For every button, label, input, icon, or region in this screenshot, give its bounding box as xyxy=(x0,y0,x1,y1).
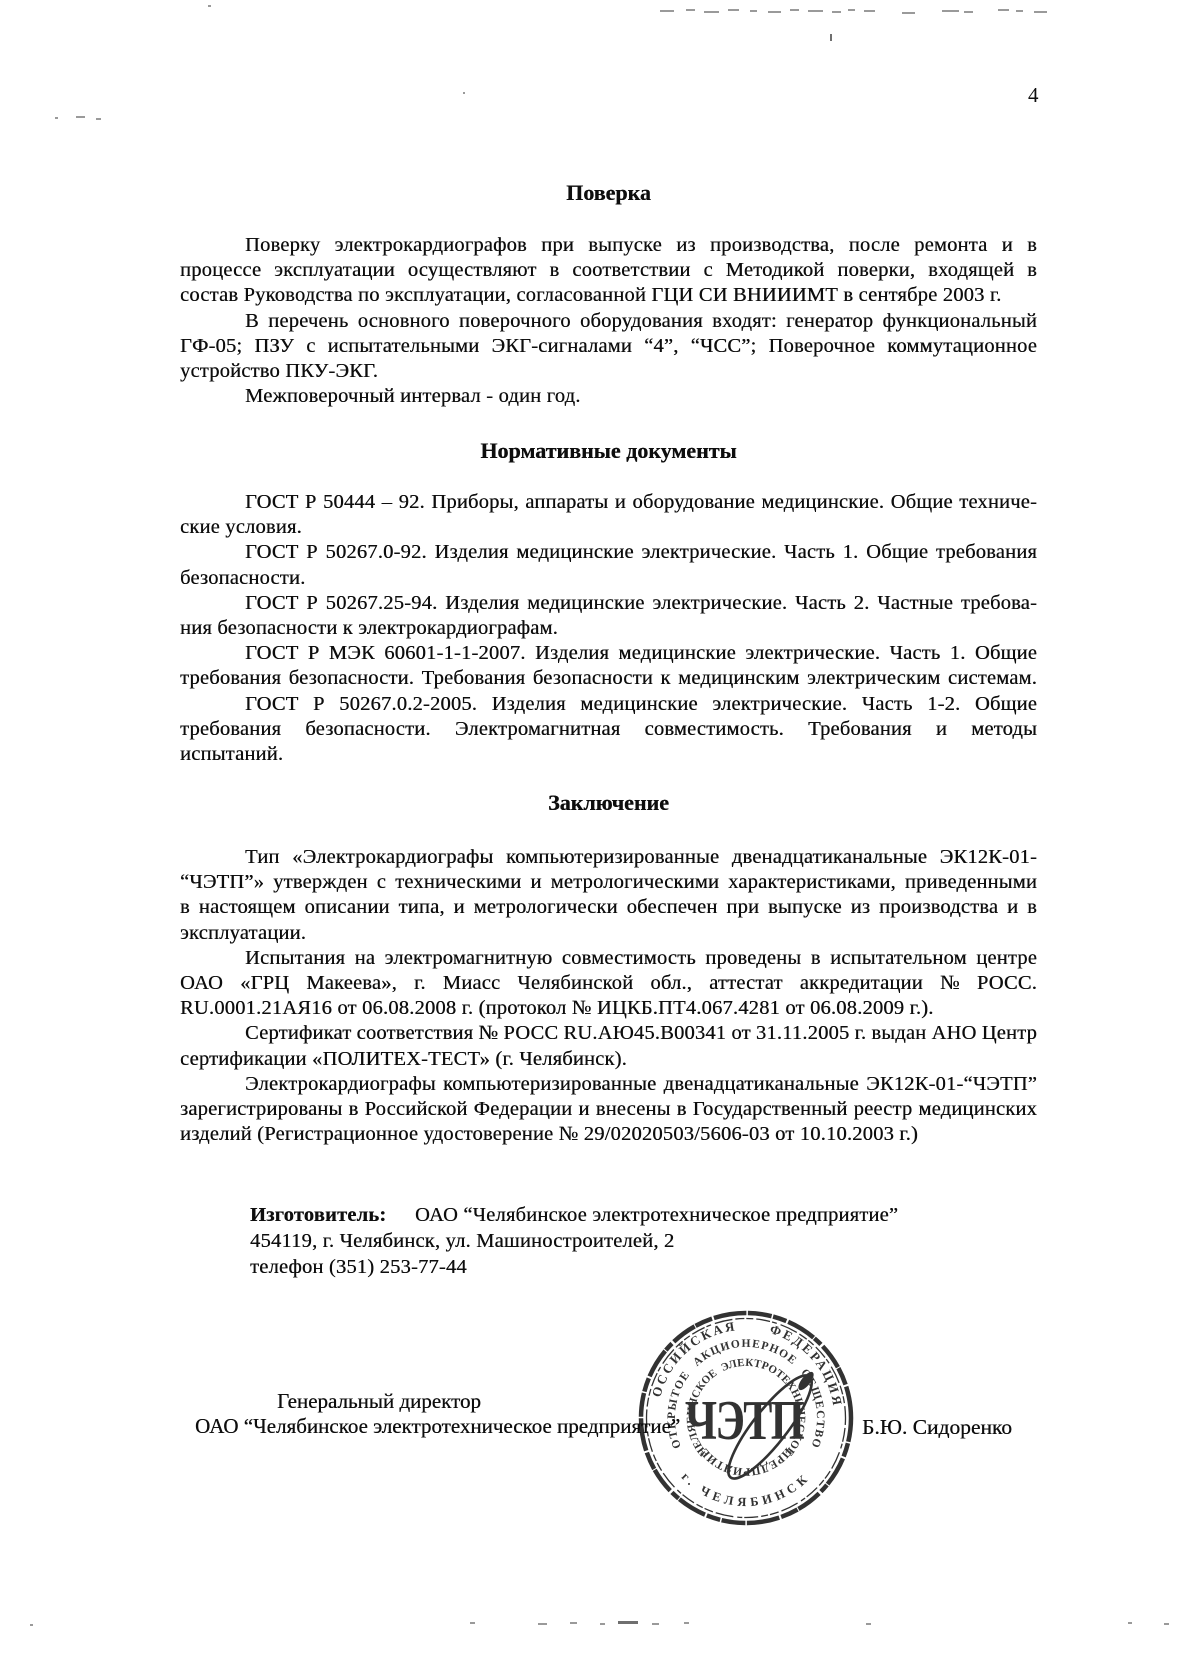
noise-mark xyxy=(866,1623,871,1625)
noise-mark xyxy=(830,34,832,41)
noise-mark xyxy=(808,10,823,12)
noise-mark xyxy=(902,12,915,14)
text-line: ГОСТ Р МЭК 60601-1-1-2007. Изделия медиц… xyxy=(180,641,1037,666)
noise-mark xyxy=(848,9,855,11)
noise-mark xyxy=(768,11,781,13)
stamp-center-logo: ЧЭТП xyxy=(685,1389,805,1452)
text-line: в настоящем описании типа, и метрологиче… xyxy=(180,895,1037,920)
noise-mark xyxy=(652,1623,659,1625)
text-line: состав Руководства по эксплуатации, согл… xyxy=(180,283,1037,308)
noise-mark xyxy=(208,5,211,7)
company-seal-stamp: РОССИЙСКАЯ ФЕДЕРАЦИЯ г. ЧЕЛЯБИНСК ОТКРЫТ… xyxy=(626,1298,866,1538)
noise-mark xyxy=(686,9,695,11)
noise-mark xyxy=(600,1623,605,1625)
text-line: устройство ПКУ-ЭКГ. xyxy=(180,359,1037,384)
noise-mark xyxy=(618,1621,638,1624)
signatory-name: Б.Ю. Сидоренко xyxy=(862,1415,1012,1440)
manufacturer-label: Изготовитель: xyxy=(250,1202,415,1228)
section-heading-conclusion: Заключение xyxy=(180,790,1037,816)
text-line: ские условия. xyxy=(180,515,1037,540)
text-line: изделий (Регистрационное удостоверение №… xyxy=(180,1122,1037,1147)
text-line: процессе эксплуатации осуществляют в соо… xyxy=(180,258,1037,283)
noise-mark xyxy=(964,11,973,13)
text-line: ния безопасности к электрокардиографам. xyxy=(180,616,1037,641)
noise-mark xyxy=(942,10,959,12)
text-line: безопасности. xyxy=(180,566,1037,591)
text-line: ГОСТ Р 50444 – 92. Приборы, аппараты и о… xyxy=(180,490,1037,515)
noise-mark xyxy=(704,11,719,13)
scanned-document-page: 4 Поверка Поверку электрокардиографов пр… xyxy=(0,0,1188,1663)
noise-mark xyxy=(728,9,739,11)
text-line: испытаний. xyxy=(180,742,1037,767)
noise-mark xyxy=(470,1622,475,1624)
noise-mark xyxy=(570,1622,577,1624)
signatory-title-line2: ОАО “Челябинское электротехническое пред… xyxy=(195,1414,680,1439)
text-line: Поверку электрокардиографов при выпуске … xyxy=(180,233,1037,258)
text-line: ОАО «ГРЦ Макеева», г. Миасс Челябинской … xyxy=(180,971,1037,996)
conclusion-paragraphs: Тип «Электрокардиографы компьютеризирова… xyxy=(180,845,1037,1147)
noise-mark xyxy=(998,9,1009,11)
text-line: сертификации «ПОЛИТЕХ-ТЕСТ» (г. Челябинс… xyxy=(180,1047,1037,1072)
noise-mark xyxy=(538,1623,547,1625)
text-line: требования безопасности. Требования безо… xyxy=(180,666,1037,691)
text-line: Тип «Электрокардиографы компьютеризирова… xyxy=(180,845,1037,870)
noise-mark xyxy=(76,116,85,118)
manufacturer-block: Изготовитель:ОАО “Челябинское электротех… xyxy=(250,1202,898,1280)
text-line: ГФ-05; ПЗУ с испытательными ЭКГ-сигналам… xyxy=(180,334,1037,359)
noise-mark xyxy=(30,1624,33,1626)
section-heading-verification: Поверка xyxy=(180,180,1037,206)
noise-mark xyxy=(463,92,465,94)
noise-mark xyxy=(1164,1623,1169,1625)
noise-mark xyxy=(684,1622,689,1624)
page-number: 4 xyxy=(1028,83,1039,108)
noise-mark xyxy=(750,10,757,12)
verification-paragraphs: Поверку электрокардиографов при выпуске … xyxy=(180,233,1037,409)
text-line: требования безопасности. Электромагнитна… xyxy=(180,717,1037,742)
text-line: ГОСТ Р 50267.0-92. Изделия медицинские э… xyxy=(180,540,1037,565)
section-heading-normative-documents: Нормативные документы xyxy=(180,438,1037,464)
noise-mark xyxy=(1016,10,1023,12)
text-line: зарегистрированы в Российской Федерации … xyxy=(180,1097,1037,1122)
manufacturer-phone: телефон (351) 253-77-44 xyxy=(250,1254,898,1280)
manufacturer-address: 454119, г. Челябинск, ул. Машиностроител… xyxy=(250,1228,898,1254)
text-line: Сертификат соответствия № РОСС RU.АЮ45.В… xyxy=(180,1021,1037,1046)
text-line: эксплуатации. xyxy=(180,921,1037,946)
noise-mark xyxy=(660,10,674,12)
text-line: RU.0001.21АЯ16 от 06.08.2008 г. (протоко… xyxy=(180,996,1037,1021)
manufacturer-name: ОАО “Челябинское электротехническое пред… xyxy=(415,1204,898,1226)
text-line: ГОСТ Р 50267.25-94. Изделия медицинские … xyxy=(180,591,1037,616)
noise-mark xyxy=(1034,11,1047,13)
manufacturer-line: Изготовитель:ОАО “Челябинское электротех… xyxy=(250,1202,898,1228)
text-line: Электрокардиографы компьютеризированные … xyxy=(180,1072,1037,1097)
signatory-title-line1: Генеральный директор xyxy=(277,1389,481,1414)
noise-mark xyxy=(1128,1622,1132,1624)
text-line: В перечень основного поверочного оборудо… xyxy=(180,309,1037,334)
noise-mark xyxy=(96,118,101,120)
noise-mark xyxy=(55,117,58,119)
text-line: ГОСТ Р 50267.0.2-2005. Изделия медицинск… xyxy=(180,692,1037,717)
noise-mark xyxy=(790,9,799,11)
noise-mark xyxy=(832,11,841,13)
text-line: Испытания на электромагнитную совместимо… xyxy=(180,946,1037,971)
noise-mark xyxy=(864,10,875,12)
text-line: “ЧЭТП”» утвержден с техническими и метро… xyxy=(180,870,1037,895)
text-line: Межповерочный интервал - один год. xyxy=(180,384,1037,409)
normative-documents-paragraphs: ГОСТ Р 50444 – 92. Приборы, аппараты и о… xyxy=(180,490,1037,767)
